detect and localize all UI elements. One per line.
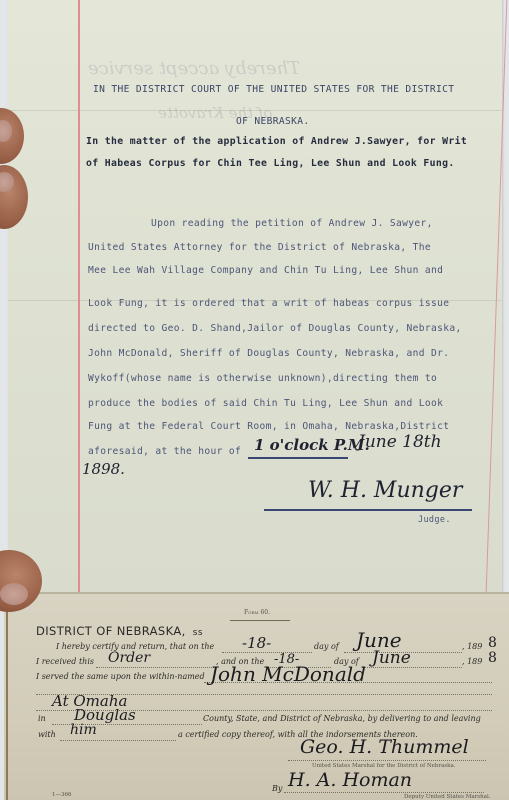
- body-line: Look Fung, it is ordered that a writ of …: [88, 298, 449, 309]
- district-heading-text: DISTRICT OF NEBRASKA,: [36, 624, 186, 638]
- year-prefix-label-2: , 189: [462, 657, 482, 666]
- handwritten-date: June 18th: [358, 432, 442, 452]
- by-label: By: [272, 784, 282, 793]
- served-person-value: John McDonald: [210, 662, 366, 686]
- served-label: I served the same upon the within-named: [36, 672, 205, 681]
- form-number-rule: [230, 620, 290, 621]
- served-month-value: June: [372, 648, 411, 668]
- form-number: Form 60.: [244, 609, 270, 616]
- handwritten-time: 1 o'clock P.M.: [254, 436, 370, 454]
- certify-year-digit: 8: [488, 635, 497, 651]
- marshal-signature-line: [288, 760, 486, 761]
- judge-title: Judge.: [418, 515, 451, 525]
- body-line: directed to Geo. D. Shand,Jailor of Doug…: [88, 323, 462, 334]
- body-line: John McDonald, Sheriff of Douglas County…: [88, 348, 449, 359]
- print-code: 1—366: [52, 792, 72, 798]
- body-line: United States Attorney for the District …: [88, 242, 431, 253]
- body-line: aforesaid, at the hour of: [88, 446, 241, 457]
- court-heading-line1: IN THE DISTRICT COURT OF THE UNITED STAT…: [93, 84, 454, 95]
- handwritten-year: 1898.: [82, 460, 125, 478]
- year-prefix-label: , 189: [462, 642, 482, 651]
- court-heading-line2: OF NEBRASKA.: [236, 116, 310, 127]
- deputy-title: Deputy United States Marshal.: [404, 794, 490, 800]
- body-line: Fung at the Federal Court Room, in Omaha…: [88, 421, 449, 432]
- certify-day-value: -18-: [242, 634, 271, 652]
- body-line: produce the bodies of said Chin Tu Ling,…: [88, 398, 443, 409]
- fingernail: [0, 583, 28, 605]
- ss-label: ss: [193, 628, 203, 638]
- body-line: Mee Lee Wah Village Company and Chin Tu …: [88, 265, 443, 276]
- with-field-line: [60, 740, 176, 741]
- deputy-signature-line: [284, 792, 484, 793]
- matter-line1: In the matter of the application of Andr…: [86, 136, 467, 147]
- marshal-signature: Geo. H. Thummel: [300, 736, 469, 758]
- with-label: with: [38, 730, 56, 739]
- form-edge: [6, 594, 8, 800]
- received-field-line: [96, 667, 216, 668]
- received-item-value: Order: [108, 650, 150, 666]
- received-label: I received this: [36, 657, 94, 666]
- body-line: Upon reading the petition of Andrew J. S…: [151, 218, 433, 229]
- district-heading: DISTRICT OF NEBRASKA, ss: [36, 624, 203, 638]
- with-person-value: him: [70, 722, 97, 738]
- judge-signature: W. H. Munger: [308, 478, 462, 503]
- time-underline: [248, 457, 348, 459]
- return-of-service-form: Form 60. DISTRICT OF NEBRASKA, ss I here…: [4, 592, 509, 800]
- signature-line: [264, 509, 472, 511]
- county-suffix-label: County, State, and District of Nebraska,…: [203, 714, 481, 723]
- day-of-label: day of: [314, 642, 339, 651]
- in-label: in: [38, 714, 46, 723]
- deputy-signature: H. A. Homan: [288, 769, 412, 791]
- matter-line2: of Habeas Corpus for Chin Tee Ling, Lee …: [86, 158, 455, 169]
- body-line: Wykoff(whose name is otherwise unknown),…: [88, 373, 437, 384]
- writ-sheet: Thereby accept service of the Kravotte I…: [8, 0, 502, 592]
- bleed-through-text: Thereby accept service: [88, 58, 300, 79]
- served-year-digit: 8: [488, 650, 497, 666]
- left-margin-rule: [78, 0, 80, 592]
